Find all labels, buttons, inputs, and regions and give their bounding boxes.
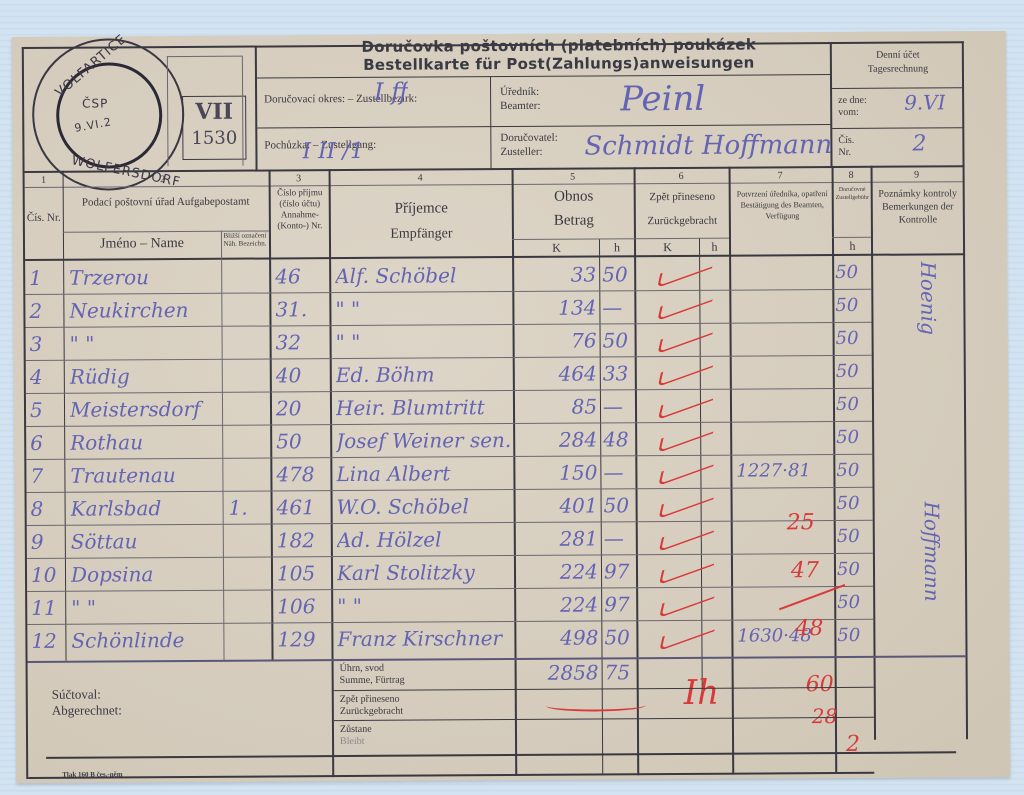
col-number-3: 3 [269, 173, 329, 185]
row-recipient: Franz Kirschner [337, 623, 513, 654]
header-amount-h: h [600, 241, 634, 253]
sum-label-cz: Úhrn, svod [340, 663, 385, 674]
sum-label-de: Summe, Fürtrag [340, 675, 405, 686]
header-fee: Doručovné Zustellgebühr [834, 186, 871, 202]
row-receipt: 40 [276, 360, 328, 390]
daily-account-label-cz: Denní účet [834, 49, 962, 62]
row-amount-k: 224 [518, 589, 598, 619]
row-amount-h: — [604, 523, 636, 553]
row-office: Rüdig [70, 361, 220, 392]
header-returned-k: K [636, 241, 699, 253]
header-nr: Čís. Nr. [25, 211, 63, 225]
red-note-60: 60 [806, 672, 834, 697]
row-fee: 50 [837, 588, 873, 618]
carrier-signature: Schmidt Hoffmann [584, 128, 832, 164]
red-checkmark-icon [659, 584, 717, 618]
col-number-7: 7 [729, 170, 832, 183]
red-checkmark-icon [658, 353, 716, 387]
header-fee-h: h [834, 240, 871, 252]
row-amount-h: 50 [603, 325, 635, 355]
col-number-6: 6 [634, 171, 729, 184]
row-fee: 50 [835, 324, 871, 354]
row-amount-h: 50 [604, 490, 636, 520]
row-amount-h: 50 [602, 259, 634, 289]
row-office: Neukirchen [69, 295, 219, 326]
row-number: 7 [30, 461, 62, 491]
row-amount-h: 33 [603, 358, 635, 388]
header-recipient-cz: Příjemce [331, 194, 512, 223]
row-amount-k: 498 [518, 622, 598, 652]
row-amount-h: — [602, 292, 634, 322]
stamp-center: ČSP [82, 96, 108, 110]
row-office: Trzerou [69, 262, 219, 293]
row-office: Söttau [71, 526, 221, 557]
row-recipient: W.O. Schöbel [337, 491, 513, 522]
col-number-9: 9 [871, 169, 963, 182]
header-returned-h: h [700, 241, 729, 253]
official-label-de: Beamter: [500, 100, 540, 113]
row-fee: 50 [836, 390, 872, 420]
row-amount-k: 284 [517, 424, 597, 454]
row-office: Meistersdorf [70, 394, 220, 425]
row-receipt: 106 [277, 591, 329, 621]
red-checkmark-icon [658, 452, 716, 486]
row-amount-h: — [603, 457, 635, 487]
settled-label-de: Abgerechnet: [52, 702, 122, 718]
delivery-card-document: VOLFARTICE ČSP 9.VI.2 WOLFERSDORF VII 15… [12, 31, 1011, 783]
row-office: Schönlinde [71, 625, 221, 656]
header-amount-k: K [514, 241, 599, 254]
row-receipt: 20 [276, 393, 328, 423]
col-number-4: 4 [329, 172, 512, 185]
row-fee: 50 [835, 258, 871, 288]
red-note-2: 2 [846, 732, 860, 757]
row-fee: 50 [835, 291, 871, 321]
row-receipt: 105 [277, 558, 329, 588]
row-number: 11 [31, 593, 63, 623]
row-receipt: 478 [276, 459, 328, 489]
row-office: " " [71, 592, 221, 623]
row-amount-h: 48 [603, 424, 635, 454]
returned-label-de: Zurückgebracht [340, 706, 403, 717]
row-recipient: Lina Albert [336, 458, 512, 489]
row-amount-k: 464 [517, 358, 597, 388]
row-amount-h: 50 [604, 622, 636, 652]
row-number: 12 [31, 626, 63, 656]
row-receipt: 129 [277, 624, 329, 654]
header-name: Jméno – Name [63, 238, 221, 251]
red-note-47: 47 [791, 558, 819, 583]
row-recipient: Ad. Hölzel [337, 524, 513, 555]
header-returned-de: Zurückgebracht [636, 215, 729, 228]
daily-account-label-de: Tagesrechnung [834, 63, 962, 76]
row-fee: 50 [836, 357, 872, 387]
sum-k: 2858 [519, 657, 599, 687]
row-number: 1 [29, 263, 61, 293]
red-checkmark-icon [658, 386, 716, 420]
row-receipt: 31. [275, 294, 327, 324]
header-detail: Bližší označení Näh. Bezeichn. [221, 231, 269, 247]
carrier-label-de: Zusteller: [500, 146, 542, 159]
official-label-cz: Úředník: [500, 86, 539, 99]
red-note-25: 25 [787, 510, 815, 535]
row-fee: 50 [836, 423, 872, 453]
date-label-de: vom: [838, 106, 859, 119]
red-wavy-line [546, 699, 646, 712]
row-recipient: Alf. Schöbel [335, 260, 511, 291]
row-recipient: " " [337, 590, 513, 621]
row-amount-k: 76 [517, 325, 597, 355]
red-checkmark-icon [659, 551, 717, 585]
row-recipient: " " [336, 326, 512, 357]
row-office: Dopsina [71, 559, 221, 590]
row-recipient: Karl Stolitzky [337, 557, 513, 588]
office-roman: VII [183, 97, 245, 127]
row-amount-k: 85 [517, 391, 597, 421]
row-receipt: 50 [276, 426, 328, 456]
row-fee: 50 [837, 489, 873, 519]
remains-label-cz: Zůstane [340, 724, 372, 735]
header-notes: Poznámky kontroly Bemerkungen der Kontro… [873, 187, 963, 227]
header-recipient-de: Empfänger [331, 222, 512, 247]
row-number: 5 [30, 395, 62, 425]
red-checkmark-icon [657, 320, 715, 354]
row-receipt: 182 [277, 525, 329, 555]
row-fee: 50 [836, 456, 872, 486]
title-german: Bestellkarte für Post(Zahlungs)anweisung… [274, 53, 844, 74]
office-number-box: VII 1530 [182, 96, 246, 160]
row-amount-h: 97 [604, 589, 636, 619]
row-office: " " [70, 328, 220, 359]
row-detail: 1. [229, 492, 269, 522]
row-number: 2 [29, 296, 61, 326]
red-checkmark-icon [657, 287, 715, 321]
header-office: Podací poštovní úřad Aufgabepostamt [63, 195, 269, 209]
row-number: 8 [31, 494, 63, 524]
row-confirmation: 1227·81 [736, 456, 832, 487]
header-receipt-no: Číslo příjmu (číslo účtu) Annahme- (Kont… [271, 187, 329, 231]
row-recipient: " " [335, 293, 511, 324]
round-value: I II /1 [302, 137, 364, 167]
header-confirmation: Potvrzení úředníka, opatření Bestätigung… [733, 188, 832, 222]
row-fee: 50 [837, 621, 873, 651]
red-control-signature: Ih [684, 673, 720, 713]
header-returned-cz: Zpět přineseno [636, 191, 729, 204]
number-label-de: Nr. [838, 146, 851, 159]
row-amount-k: 281 [518, 523, 598, 553]
date-value: 9.VI [904, 87, 946, 117]
col-number-5: 5 [512, 171, 634, 184]
row-amount-h: — [603, 391, 635, 421]
row-amount-k: 150 [517, 457, 597, 487]
red-checkmark-icon [659, 518, 717, 552]
row-office: Rothau [70, 427, 220, 458]
red-checkmark-icon [659, 617, 717, 651]
returned-label-cz: Zpět přineseno [340, 694, 400, 705]
col-number-2: 2 [63, 174, 263, 187]
row-recipient: Heir. Blumtritt [336, 392, 512, 423]
red-checkmark-icon [658, 419, 716, 453]
row-number: 6 [30, 428, 62, 458]
red-checkmark-icon [658, 485, 716, 519]
red-checkmark-icon [657, 254, 715, 288]
office-number: 1530 [183, 127, 245, 151]
margin-signature-lower: Hoffmann [917, 501, 948, 601]
row-recipient: Josef Weiner sen. [336, 425, 512, 456]
district-value: I ff [374, 77, 408, 107]
row-amount-h: 97 [604, 556, 636, 586]
col-number-8: 8 [832, 170, 871, 182]
row-receipt: 46 [275, 261, 327, 291]
row-office: Trautenau [70, 460, 220, 491]
row-amount-k: 401 [518, 490, 598, 520]
row-receipt: 461 [277, 492, 329, 522]
carrier-label-cz: Doručovatel: [500, 132, 558, 145]
header-amount-cz: Obnos [514, 185, 634, 208]
official-signature: Peinl [620, 77, 705, 122]
col-number-1: 1 [25, 175, 63, 187]
row-amount-k: 33 [516, 259, 596, 289]
red-note-48: 48 [795, 616, 823, 641]
row-number: 9 [31, 527, 63, 557]
header-amount-de: Betrag [514, 209, 634, 232]
row-number: 4 [30, 362, 62, 392]
row-amount-k: 134 [516, 292, 596, 322]
remains-label-de: Bleibt [340, 736, 365, 747]
settled-label-cz: Súčtoval: [52, 687, 101, 703]
number-value: 2 [912, 129, 926, 159]
row-fee: 50 [837, 555, 873, 585]
row-recipient: Ed. Böhm [336, 359, 512, 390]
row-amount-k: 224 [518, 556, 598, 586]
row-number: 3 [30, 329, 62, 359]
row-receipt: 32 [276, 327, 328, 357]
row-number: 10 [31, 560, 63, 590]
sum-h: 75 [605, 657, 637, 687]
print-note: Tlak 160 B čes.-něm [62, 768, 122, 781]
margin-signature-upper: Hoenig [913, 261, 943, 335]
row-fee: 50 [837, 522, 873, 552]
row-office: Karlsbad [71, 493, 221, 524]
